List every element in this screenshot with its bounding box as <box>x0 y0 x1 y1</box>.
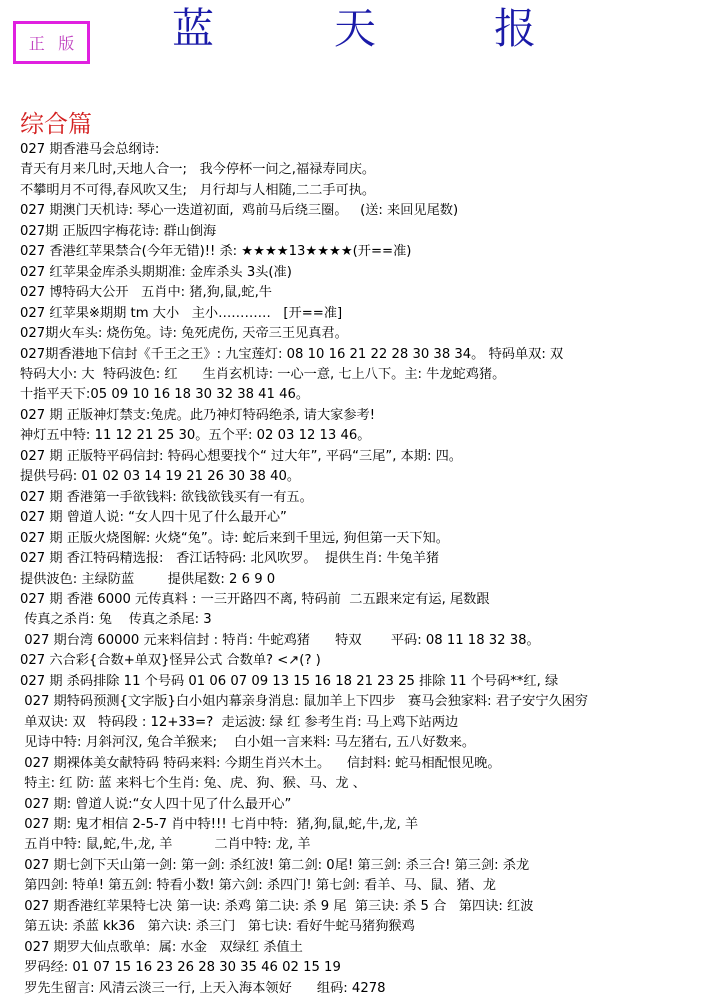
text-line: 027 期 香港 6000 元传真料 : 一三开路四不离, 特码前 二五跟来定有… <box>20 590 710 610</box>
text-line: 027 期台湾 60000 元来料信封 : 特肖: 牛蛇鸡猪 特双 平码: 08… <box>20 631 710 651</box>
text-line: 027 香港红苹果禁合(今年无错)!! 杀: ★★★★13★★★★(开==准) <box>20 242 710 262</box>
text-line: 不攀明月不可得,春风吹又生; 月行却与人相随,二二手可执。 <box>20 181 710 201</box>
text-line: 027 六合彩{合数+单双}怪异公式 合数单? <↗(? ) <box>20 651 710 671</box>
text-line: 五肖中特: 鼠,蛇,牛,龙, 羊 二肖中特: 龙, 羊 <box>20 835 710 855</box>
text-line: 027 期特码预测{文字版}白小姐内幕亲身消息: 鼠加羊上下四步 赛马会独家料:… <box>20 692 710 712</box>
text-line: 见诗中特: 月斜河汉, 兔合羊猴来; 白小姐一言来料: 马左猪右, 五八好数来。 <box>20 733 710 753</box>
text-line: 传真之杀肖: 兔 传真之杀尾: 3 <box>20 610 710 630</box>
text-line: 027 期 正版特平码信封: 特码心想要找个“ 过大年”, 平码“三尾”, 本期… <box>20 447 710 467</box>
text-line: 提供波色: 主绿防蓝 提供尾数: 2 6 9 0 <box>20 570 710 590</box>
text-line: 第四剑: 特单! 第五剑: 特看小数! 第六剑: 杀四门! 第七剑: 看羊、马、… <box>20 876 710 896</box>
text-line: 027 期香港马会总纲诗: <box>20 140 710 160</box>
text-line: 027 期 正版神灯禁支:兔虎。此乃神灯特码绝杀, 请大家参考! <box>20 406 710 426</box>
text-line: 027期香港地下信封《千王之王》: 九宝莲灯: 08 10 16 21 22 2… <box>20 345 710 365</box>
masthead-title-char: 报 <box>494 8 536 50</box>
text-line: 027 期: 曾道人说:“女人四十见了什么最开心” <box>20 795 710 815</box>
text-line: 027 期 正版火烧图解: 火烧“兔”。诗: 蛇后来到千里远, 狗但第一天下知。 <box>20 529 710 549</box>
masthead-title-char: 蓝 <box>172 8 214 50</box>
text-line: 027 红苹果金库杀头期期准: 金库杀头 3头(准) <box>20 263 710 283</box>
text-line: 027 博特码大公开 五肖中: 猪,狗,鼠,蛇,牛 <box>20 283 710 303</box>
text-line: 027 期七剑下天山第一剑: 第一剑: 杀红波! 第二剑: 0尾! 第三剑: 杀… <box>20 856 710 876</box>
section-title: 综合篇 <box>20 104 92 139</box>
text-line: 027 期 杀码排除 11 个号码 01 06 07 09 13 15 16 1… <box>20 672 710 692</box>
badge-char: 正 <box>29 31 45 54</box>
text-line: 单双诀: 双 特码段 : 12+33=? 走运波: 绿 红 参考生肖: 马上鸡下… <box>20 713 710 733</box>
text-line: 神灯五中特: 11 12 21 25 30。五个平: 02 03 12 13 4… <box>20 426 710 446</box>
text-line: 027 期 曾道人说: “女人四十见了什么最开心” <box>20 508 710 528</box>
badge-char: 版 <box>58 31 74 54</box>
text-line: 027 期裸体美女献特码 特码来料: 今期生肖兴木土。 信封料: 蛇马相配恨见晚… <box>20 754 710 774</box>
text-line: 027 期澳门天机诗: 琴心一迭道初面, 鸡前马后绕三圈。 (送: 来回见尾数) <box>20 201 710 221</box>
content-lines: 027 期香港马会总纲诗: 青天有月来几时,天地人合一; 我今停杯一问之,福禄寿… <box>20 140 710 996</box>
text-line: 第五诀: 杀蓝 kk36 第六诀: 杀三门 第七诀: 看好牛蛇马猪狗猴鸡 <box>20 917 710 937</box>
text-line: 027 红苹果※期期 tm 大小 主小………… [开==准] <box>20 304 710 324</box>
text-line: 特码大小: 大 特码波色: 红 生肖玄机诗: 一心一意, 七上八下。主: 牛龙蛇… <box>20 365 710 385</box>
text-line: 提供号码: 01 02 03 14 19 21 26 30 38 40。 <box>20 467 710 487</box>
text-line: 027期火车头: 烧伤兔。诗: 兔死虎伤, 天帝三王见真君。 <box>20 324 710 344</box>
text-line: 027 期: 鬼才相信 2-5-7 肖中特!!! 七肖中特: 猪,狗,鼠,蛇,牛… <box>20 815 710 835</box>
text-line: 027 期香港红苹果特七决 第一诀: 杀鸡 第二诀: 杀 9 尾 第三诀: 杀 … <box>20 897 710 917</box>
text-line: 027 期 香江特码精选报: 香江话特码: 北风吹罗。 提供生肖: 牛兔羊猪 <box>20 549 710 569</box>
masthead-title-char: 天 <box>334 8 376 50</box>
text-line: 罗码经: 01 07 15 16 23 26 28 30 35 46 02 15… <box>20 958 710 978</box>
text-line: 特主: 红 防: 蓝 来料七个生肖: 兔、虎、狗、猴、马、龙 、 <box>20 774 710 794</box>
text-line: 027期 正版四字梅花诗: 群山倒海 <box>20 222 710 242</box>
text-line: 罗先生留言: 风清云淡三一行, 上天入海本领好 组码: 4278 <box>20 979 710 996</box>
text-line: 青天有月来几时,天地人合一; 我今停杯一问之,福禄寿同庆。 <box>20 160 710 180</box>
text-line: 027 期罗大仙点歌单: 属: 水金 双绿红 杀值土 <box>20 938 710 958</box>
authentic-edition-badge: 正 版 <box>13 21 90 64</box>
text-line: 十指平天下:05 09 10 16 18 30 32 38 41 46。 <box>20 385 710 405</box>
text-line: 027 期 香港第一手欲钱料: 欲钱欲钱买有一有五。 <box>20 488 710 508</box>
